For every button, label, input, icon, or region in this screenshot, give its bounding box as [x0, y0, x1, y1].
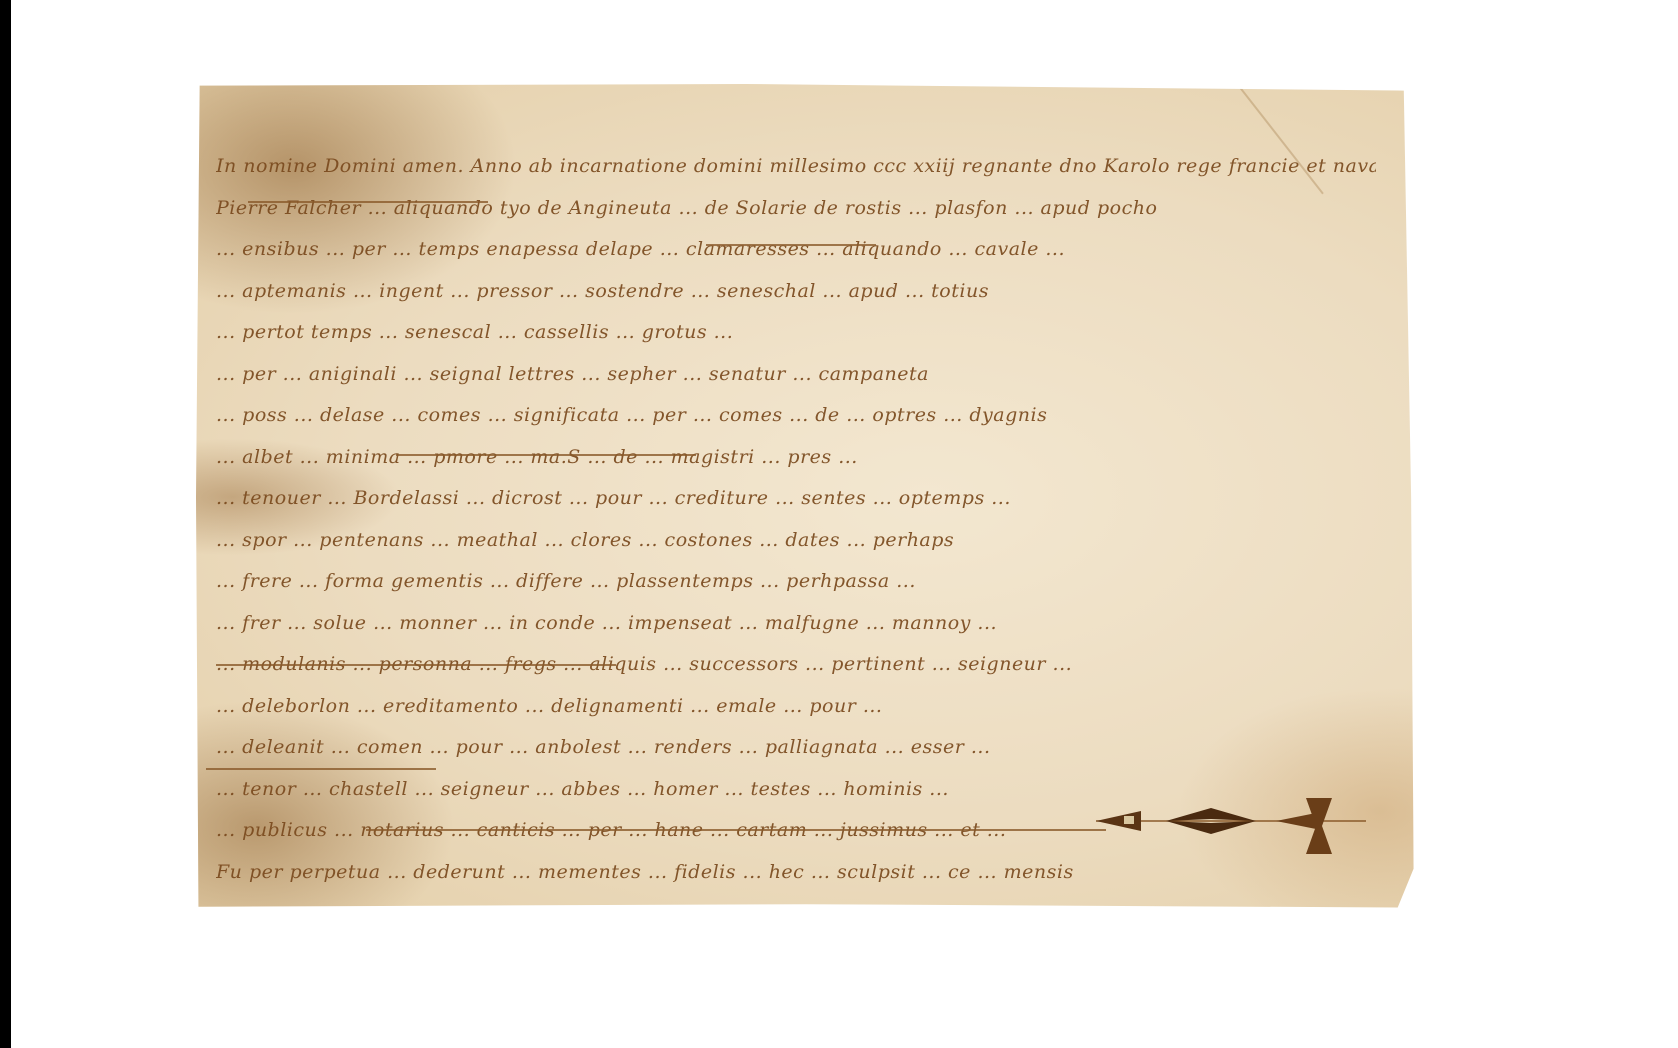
manuscript-line: ... pertot temps ... senescal ... cassel…	[216, 312, 1376, 354]
closing-line-rule	[366, 829, 1106, 831]
manuscript-line: ... deleborlon ... ereditamento ... deli…	[216, 686, 1376, 728]
manuscript-line: ... tenouer ... Bordelassi ... dicrost .…	[216, 478, 1376, 520]
underline-rule	[206, 768, 436, 770]
manuscript-line: ... frer ... solue ... monner ... in con…	[216, 603, 1376, 645]
manuscript-line: Pierre Falcher ... aliquando tyo de Angi…	[216, 188, 1376, 230]
manuscript-line: Fu per perpetua ... dederunt ... memente…	[216, 852, 1376, 894]
parchment-document: In nomine Domini amen. Anno ab incarnati…	[196, 84, 1416, 910]
manuscript-line: ... albet ... minima ... pmore ... ma.S …	[216, 437, 1376, 479]
manuscript-line: ... deleanit ... comen ... pour ... anbo…	[216, 727, 1376, 769]
manuscript-line: ... spor ... pentenans ... meathal ... c…	[216, 520, 1376, 562]
manuscript-line: ... aptemanis ... ingent ... pressor ...…	[216, 271, 1376, 313]
manuscript-line: ... poss ... delase ... comes ... signif…	[216, 395, 1376, 437]
underline-rule	[396, 454, 696, 456]
left-black-border	[0, 0, 11, 1048]
manuscript-line: ... ensibus ... per ... temps enapessa d…	[216, 229, 1376, 271]
manuscript-line: ... per ... aniginali ... seignal lettre…	[216, 354, 1376, 396]
manuscript-line: ... frere ... forma gementis ... differe…	[216, 561, 1376, 603]
manuscript-line: ... tenor ... chastell ... seigneur ... …	[216, 769, 1376, 811]
underline-rule	[706, 244, 876, 246]
notarial-cross-icon	[1306, 798, 1332, 854]
underline-rule	[248, 201, 488, 203]
manuscript-line: ... ...	[216, 893, 1376, 935]
manuscript-line: In nomine Domini amen. Anno ab incarnati…	[216, 146, 1376, 188]
underline-rule	[216, 664, 616, 666]
